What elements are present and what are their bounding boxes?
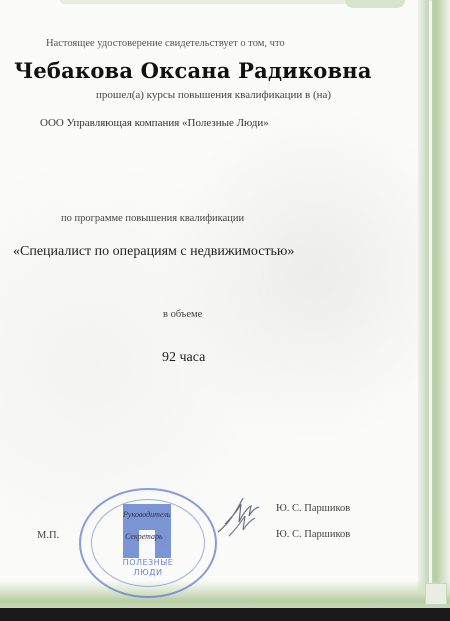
organization-stamp: Руководитель Секретарь ПОЛЕЗНЫЕ ЛЮДИ bbox=[79, 488, 217, 598]
decorative-border-top-right bbox=[345, 0, 405, 8]
signatory-name-secretary: Ю. С. Паршиков bbox=[276, 529, 350, 540]
signatory-role-secretary: Секретарь bbox=[125, 532, 163, 541]
organization-name: ООО Управляющая компания «Полезные Люди» bbox=[40, 117, 269, 129]
program-intro: по программе повышения квалификации bbox=[61, 213, 244, 224]
signature-icon bbox=[213, 494, 263, 544]
program-name: «Специалист по операциям с недвижимостью… bbox=[13, 244, 294, 260]
decorative-corner bbox=[425, 583, 447, 605]
intro-text: Настоящее удостоверение свидетельствует … bbox=[46, 38, 285, 49]
decorative-border-ribbon bbox=[429, 0, 432, 608]
holder-name: Чебакова Оксана Радиковна bbox=[14, 58, 372, 83]
signatory-name-director: Ю. С. Паршиков bbox=[276, 503, 350, 514]
stamp-text-line1: ПОЛЕЗНЫЕ bbox=[81, 558, 215, 567]
stamp-text-line2: ЛЮДИ bbox=[81, 568, 215, 577]
decorative-border-bottom bbox=[0, 580, 450, 608]
signatory-role-director: Руководитель bbox=[123, 510, 170, 519]
hours-value: 92 часа bbox=[162, 350, 205, 366]
volume-label: в объеме bbox=[163, 309, 202, 320]
certificate-sheet: Настоящее удостоверение свидетельствует … bbox=[0, 0, 450, 608]
completed-text: прошел(а) курсы повышения квалификации в… bbox=[96, 89, 331, 101]
seal-label: М.П. bbox=[37, 530, 59, 541]
decorative-border-right bbox=[418, 0, 450, 608]
decorative-border-top bbox=[60, 0, 360, 4]
